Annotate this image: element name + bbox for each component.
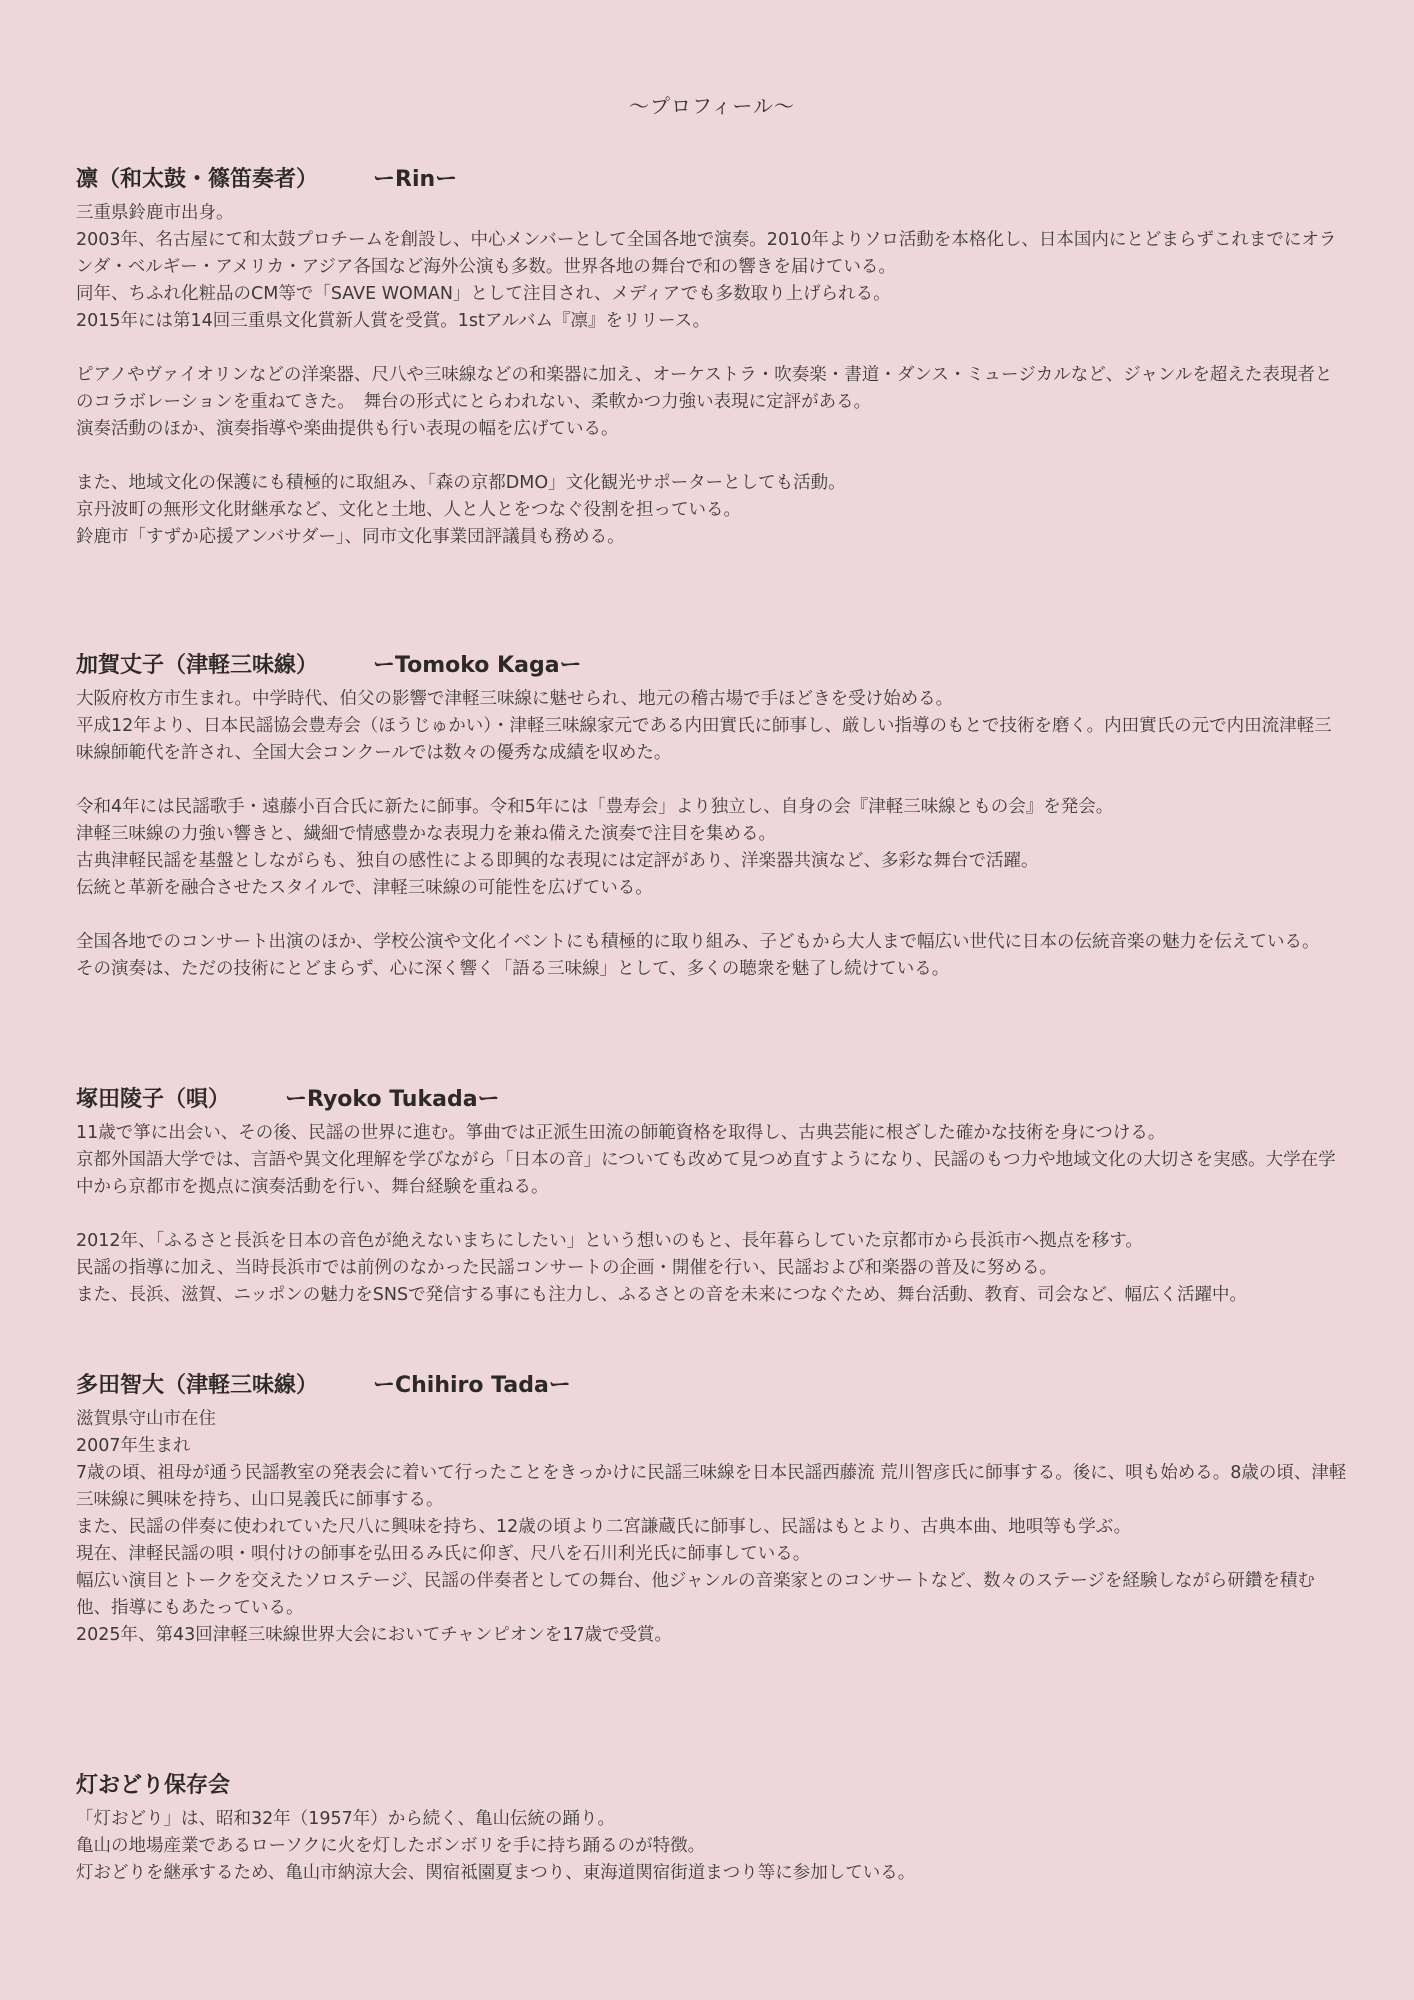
profile-line: また、民謡の伴奏に使われていた尺八に興味を持ち、12歳の頃より二宮謙蔵氏に師事し…: [76, 1514, 1348, 1541]
profile-line: 2012年、「ふるさと長浜を日本の音色が絶えないまちにしたい」という想いのもと、…: [76, 1228, 1348, 1255]
profile-line: 「灯おどり」は、昭和32年（1957年）から続く、亀山伝統の踊り。: [76, 1806, 1348, 1833]
paragraph: 2012年、「ふるさと長浜を日本の音色が絶えないまちにしたい」という想いのもと、…: [76, 1228, 1348, 1309]
section-heading: 多田智大（津軽三味線） ーChihiro Tadaー: [76, 1371, 1348, 1401]
paragraph: 11歳で箏に出会い、その後、民謡の世界に進む。箏曲では正派生田流の師範資格を取得…: [76, 1120, 1348, 1201]
paragraph: 三重県鈴鹿市出身。 2003年、名古屋にて和太鼓プロチームを創設し、中心メンバー…: [76, 200, 1348, 335]
profile-section-tomoko-kaga: 加賀丈子（津軽三味線） ーTomoko Kagaー 大阪府枚方市生まれ。中学時代…: [76, 651, 1348, 983]
profile-line: 2015年には第14回三重県文化賞新人賞を受賞。1stアルバム『凛』をリリース。: [76, 308, 1348, 335]
profile-section-rin: 凛（和太鼓・篠笛奏者） ーRinー 三重県鈴鹿市出身。 2003年、名古屋にて和…: [76, 165, 1348, 551]
profile-section-ryoko-tukada: 塚田陵子（唄） ーRyoko Tukadaー 11歳で箏に出会い、その後、民謡の…: [76, 1085, 1348, 1309]
profile-line: 令和4年には民謡歌手・遠藤小百合氏に新たに師事。令和5年には「豊寿会」より独立し…: [76, 794, 1348, 821]
profile-line: 現在、津軽民謡の唄・唄付けの師事を弘田るみ氏に仰ぎ、尺八を石川利光氏に師事してい…: [76, 1541, 1348, 1568]
profile-line: 鈴鹿市「すずか応援アンバサダー」、同市文化事業団評議員も務める。: [76, 524, 1348, 551]
paragraph: 滋賀県守山市在住 2007年生まれ 7歳の頃、祖母が通う民謡教室の発表会に着いて…: [76, 1406, 1348, 1649]
page-title: ～プロフィール～: [76, 90, 1348, 119]
profile-line: 平成12年より、日本民謡協会豊寿会（ほうじゅかい）・津軽三味線家元である内田實氏…: [76, 713, 1348, 767]
profile-line: 全国各地でのコンサート出演のほか、学校公演や文化イベントにも積極的に取り組み、子…: [76, 929, 1348, 956]
profile-line: 滋賀県守山市在住: [76, 1406, 1348, 1433]
profile-section-hiodori-hozonkai: 灯おどり保存会 「灯おどり」は、昭和32年（1957年）から続く、亀山伝統の踊り…: [76, 1771, 1348, 1887]
profile-line: 灯おどりを継承するため、亀山市納涼大会、関宿祗園夏まつり、東海道関宿街道まつり等…: [76, 1860, 1348, 1887]
section-heading: 塚田陵子（唄） ーRyoko Tukadaー: [76, 1085, 1348, 1115]
paragraph: 大阪府枚方市生まれ。中学時代、伯父の影響で津軽三味線に魅せられ、地元の稽古場で手…: [76, 686, 1348, 767]
profile-line: また、地域文化の保護にも積極的に取組み、「森の京都DMO」文化観光サポーターとし…: [76, 470, 1348, 497]
profile-line: 2003年、名古屋にて和太鼓プロチームを創設し、中心メンバーとして全国各地で演奏…: [76, 227, 1348, 281]
profile-line: 古典津軽民謡を基盤としながらも、独自の感性による即興的な表現には定評があり、洋楽…: [76, 848, 1348, 875]
profile-line: 民謡の指導に加え、当時長浜市では前例のなかった民謡コンサートの企画・開催を行い、…: [76, 1255, 1348, 1282]
paragraph: 全国各地でのコンサート出演のほか、学校公演や文化イベントにも積極的に取り組み、子…: [76, 929, 1348, 983]
profile-section-chihiro-tada: 多田智大（津軽三味線） ーChihiro Tadaー 滋賀県守山市在住 2007…: [76, 1371, 1348, 1649]
profile-line: 幅広い演目とトークを交えたソロステージ、民謡の伴奏者としての舞台、他ジャンルの音…: [76, 1568, 1348, 1622]
section-heading: 加賀丈子（津軽三味線） ーTomoko Kagaー: [76, 651, 1348, 681]
profile-line: 同年、ちふれ化粧品のCM等で「SAVE WOMAN」として注目され、メディアでも…: [76, 281, 1348, 308]
profile-line: 演奏活動のほか、演奏指導や楽曲提供も行い表現の幅を広げている。: [76, 416, 1348, 443]
section-heading: 灯おどり保存会: [76, 1771, 1348, 1801]
profile-line: 伝統と革新を融合させたスタイルで、津軽三味線の可能性を広げている。: [76, 875, 1348, 902]
profile-line: また、長浜、滋賀、ニッポンの魅力をSNSで発信する事にも注力し、ふるさとの音を未…: [76, 1282, 1348, 1309]
profile-line: 亀山の地場産業であるローソクに火を灯したボンボリを手に持ち踊るのが特徴。: [76, 1833, 1348, 1860]
profile-line: その演奏は、ただの技術にとどまらず、心に深く響く「語る三味線」として、多くの聴衆…: [76, 956, 1348, 983]
profile-line: 津軽三味線の力強い響きと、繊細で情感豊かな表現力を兼ね備えた演奏で注目を集める。: [76, 821, 1348, 848]
profile-line: 大阪府枚方市生まれ。中学時代、伯父の影響で津軽三味線に魅せられ、地元の稽古場で手…: [76, 686, 1348, 713]
profile-line: 11歳で箏に出会い、その後、民謡の世界に進む。箏曲では正派生田流の師範資格を取得…: [76, 1120, 1348, 1147]
profile-line: 京丹波町の無形文化財継承など、文化と土地、人と人とをつなぐ役割を担っている。: [76, 497, 1348, 524]
profile-line: 京都外国語大学では、言語や異文化理解を学びながら「日本の音」についても改めて見つ…: [76, 1147, 1348, 1201]
paragraph: ピアノやヴァイオリンなどの洋楽器、尺八や三味線などの和楽器に加え、オーケストラ・…: [76, 362, 1348, 443]
paragraph: また、地域文化の保護にも積極的に取組み、「森の京都DMO」文化観光サポーターとし…: [76, 470, 1348, 551]
paragraph: 「灯おどり」は、昭和32年（1957年）から続く、亀山伝統の踊り。 亀山の地場産…: [76, 1806, 1348, 1887]
section-heading: 凛（和太鼓・篠笛奏者） ーRinー: [76, 165, 1348, 195]
profile-line: 2007年生まれ: [76, 1433, 1348, 1460]
paragraph: 令和4年には民謡歌手・遠藤小百合氏に新たに師事。令和5年には「豊寿会」より独立し…: [76, 794, 1348, 902]
profile-document: ～プロフィール～ 凛（和太鼓・篠笛奏者） ーRinー 三重県鈴鹿市出身。 200…: [0, 0, 1414, 2000]
profile-line: ピアノやヴァイオリンなどの洋楽器、尺八や三味線などの和楽器に加え、オーケストラ・…: [76, 362, 1348, 416]
profile-line: 三重県鈴鹿市出身。: [76, 200, 1348, 227]
profile-line: 7歳の頃、祖母が通う民謡教室の発表会に着いて行ったことをきっかけに民謡三味線を日…: [76, 1460, 1348, 1514]
profile-line: 2025年、第43回津軽三味線世界大会においてチャンピオンを17歳で受賞。: [76, 1622, 1348, 1649]
